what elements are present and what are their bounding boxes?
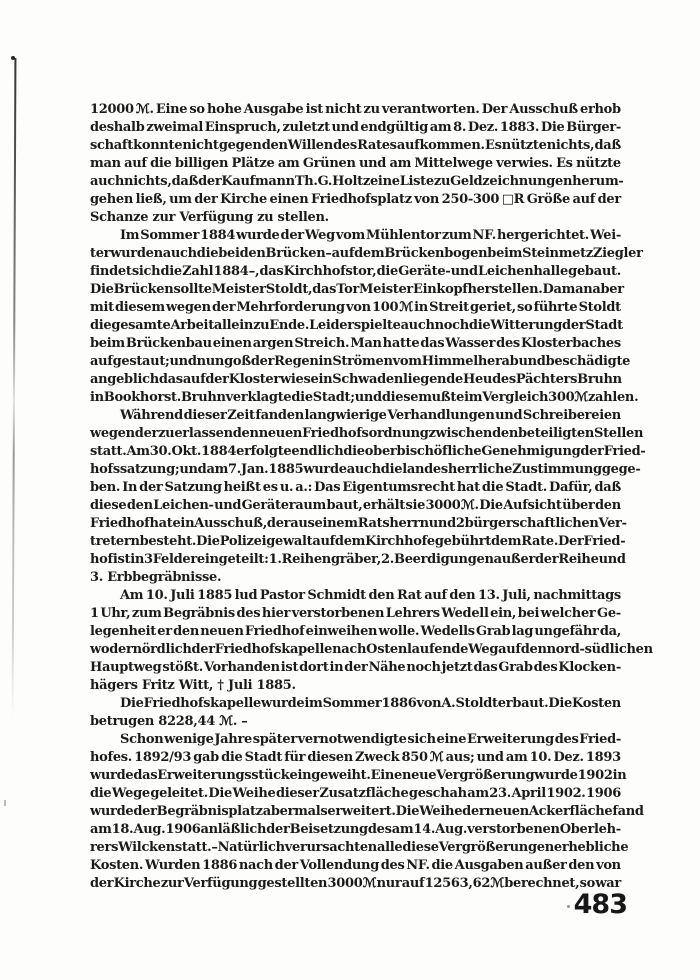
text-block: 12000ℳ.EinesohoheAusgabeistnichtzuverant… (90, 101, 621, 893)
text-line: deshalbzweimalEinspruch,zuletztundendgül… (90, 119, 621, 137)
text-line: am18.Aug.1906anläßlichderBeisetzungdesam… (90, 821, 621, 839)
text-line: diesedenLeichen-undGeräteraumbaut,erhält… (90, 497, 621, 515)
text-line: DieFriedhofskapellewurdeimSommer1886vonA… (90, 695, 621, 713)
text-line: schaftkonntenichtgegendenWillendesRatesa… (90, 137, 621, 155)
text-line: hofssatzung;undam7.Jan.1885wurdeauchdiel… (90, 461, 621, 479)
text-line: hofes.1892/93gabdieStadtfürdiesenZweck85… (90, 749, 621, 767)
text-line: derKirchezurVerfügunggestellten3000ℳnura… (90, 875, 621, 893)
text-line: Schanze zur Verfügung zu stellen. (90, 209, 621, 227)
text-line: wodernördlichderFriedhofskapellenachOste… (90, 641, 621, 659)
page-number: 483 (574, 889, 627, 920)
text-line: 12000ℳ.EinesohoheAusgabeistnichtzuverant… (90, 101, 621, 119)
text-line: betrugen 8228,44 ℳ. – (90, 713, 621, 731)
text-line: wegenderzuerlassendenneuenFriedhofsordnu… (90, 425, 621, 443)
text-line: auchnichts,daßderKaufmannTh.G.HoltzeineL… (90, 173, 621, 191)
text-line: WährenddieserZeitfandenlangwierigeVerhan… (90, 407, 621, 425)
text-line: angeblichdasaufderKlosterwieseinSchwaden… (90, 371, 621, 389)
text-line: dieWegegeleitet.DieWeihedieserZusatzfläc… (90, 785, 621, 803)
text-line: aufgestaut;undnungoßderRegeninStrömenvom… (90, 353, 621, 371)
text-line: wurdedasErweiterungsstückeingeweiht.Eine… (90, 767, 621, 785)
text-line: Am10.Juli1885ludPastorSchmidtdenRataufde… (90, 587, 621, 605)
scan-artifact-speck (4, 800, 6, 806)
book-page: 12000ℳ.EinesohoheAusgabeistnichtzuverant… (0, 0, 700, 980)
text-line: terwurdenauchdiebeidenBrücken–aufdemBrüc… (90, 245, 621, 263)
text-line: diegesamteArbeitalleinzuEnde.Leiderspiel… (90, 317, 621, 335)
text-line: FriedhofhateinAusschuß,derauseinemRatshe… (90, 515, 621, 533)
text-line: 1Uhr,zumBegräbnisdeshierverstorbenenLehr… (90, 605, 621, 623)
text-line: statt.Am30.Okt.1884erfolgteendlichdieobe… (90, 443, 621, 461)
text-line: Kosten.Wurden1886nachderVollendungdesNF.… (90, 857, 621, 875)
text-line: hofistin3Feldereingeteilt:1.Reihengräber… (90, 551, 621, 569)
text-line: inBookhorst.BruhnverklagtedieStadt;unddi… (90, 389, 621, 407)
text-line: mitdiesemwegenderMehrforderungvon100ℳinS… (90, 299, 621, 317)
text-line: manaufdiebilligenPlätzeamGrünenundamMitt… (90, 155, 621, 173)
text-line: gehenließ,umderKircheeinenFriedhofsplatz… (90, 191, 621, 209)
text-line: legenheiterdenneuenFriedhofeinweihenwoll… (90, 623, 621, 641)
text-line: DieBrückensollteMeisterStoldt,dasTorMeis… (90, 281, 621, 299)
text-line: SchonwenigeJahrespätervernotwendigtesich… (90, 731, 621, 749)
text-line: 3. Erbbegräbnisse. (90, 569, 621, 587)
text-line: Hauptwegstößt.VorhandenistdortinderNähen… (90, 659, 621, 677)
text-line: wurdederBegräbnisplatzabermalserweitert.… (90, 803, 621, 821)
text-line: findetsichdieZahl1884–,dasKirchhofstor,d… (90, 263, 621, 281)
text-line: beimBrückenbaueinenargenStreich.Manhatte… (90, 335, 621, 353)
text-line: rersWilckenstatt.–Natürlichverursachtena… (90, 839, 621, 857)
text-line: ImSommer1884wurdederWegvomMühlentorzumNF… (90, 227, 621, 245)
text-line: hägers Fritz Witt, † Juli 1885. (90, 677, 621, 695)
text-line: ben.InderSatzungheißtesu.a.:DasEigentums… (90, 479, 621, 497)
scan-artifact-line (12, 58, 17, 718)
text-line: treternbesteht.DiePolizeigewaltaufdemKir… (90, 533, 621, 551)
